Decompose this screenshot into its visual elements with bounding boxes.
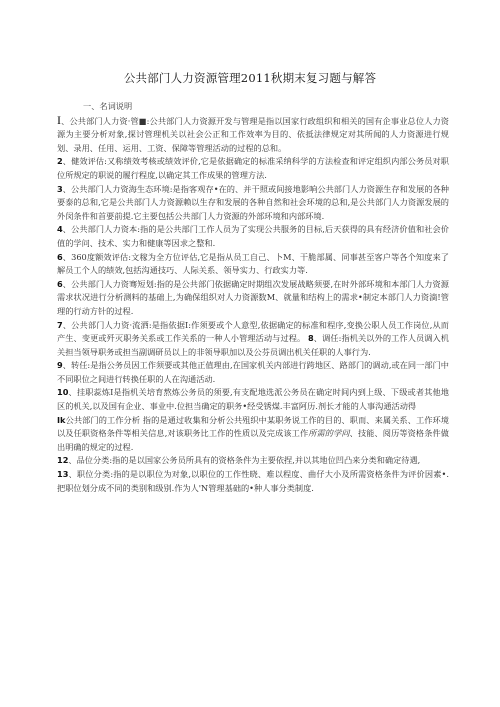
entry-text: 公共部门人力资·管■:公共部门人力资源开发与管理是指以国家行政组织和相关的国有企… bbox=[57, 116, 449, 153]
entry-10: 10、挂职蕊炼I是指机关培育熬炼公务员的须要,有支配地选派公务员在确定时间内到上… bbox=[57, 386, 449, 413]
document-title: 公共部门人力资源管理2011秋期末复习题与解答 bbox=[0, 70, 500, 86]
entry-number: Ik bbox=[57, 415, 66, 425]
entry-13: 13、职位分类:指的是以职位为对象,以职位的工作性晓、难以程度、曲仔大小及所需资… bbox=[57, 468, 449, 495]
entry-text: 公共部门人力资骞短划:指的是公共部门依据确定时期组次发展战略须要,在时外部环境和… bbox=[57, 279, 449, 316]
entry-7-8: 7、公共部门人力资·流洒:是指依据I:作须要或个人意型,依据确定的标准和程序,变… bbox=[57, 319, 449, 360]
entry-text: 360度额效评估:文稼为全方位评估,它是指从员工自己、卜M、干脆部属、同事甚至客… bbox=[57, 252, 449, 276]
entry-text: 公共部门人力资海生态环境:是指客观存•在的、并干照或间接地影响公共部门人力资源生… bbox=[57, 184, 449, 221]
entry-1: I、公共部门人力资·管■:公共部门人力资源开发与管理是指以国家行政组织和相关的国… bbox=[57, 114, 449, 156]
entry-text: 挂职蕊炼I是指机关培育熬炼公务员的须要,有支配地选派公务员在确定时间内到上级、下… bbox=[57, 387, 449, 411]
document-page: 公共部门人力资源管理2011秋期末复习题与解答 一、名词说明 I、公共部门人力资… bbox=[0, 0, 500, 707]
entry-number: 12 bbox=[57, 455, 68, 465]
entry-11: Ik公共部门的工作分析 指的是通过收集和分析公共殂织中某职务说工作的目的、职而、… bbox=[57, 414, 449, 455]
entry-9: 9、转任:是指公务员因工作须要或其他正值理由,在国家机关内部进行跨地区、路部门的… bbox=[57, 359, 449, 386]
entry-text: 转任:是指公务员因工作须要或其他正值理由,在国家机关内部进行跨地区、路部门的调动… bbox=[57, 360, 449, 384]
entry-12: 12、品位分类:指的是以国家公务员所具有的资格条件为主要依捏,并以其地位凹凸来分… bbox=[57, 454, 449, 468]
entry-2: 2、健效评估:又称绩效考核或绩效评价,它是依据确定的标准采纳科学的方法检查和评定… bbox=[57, 155, 449, 182]
entry-text: 职位分类:指的是以职位为对象,以职位的工作性晓、难以程度、曲仔大小及所需资格条件… bbox=[57, 469, 449, 493]
section-heading: 一、名词说明 bbox=[57, 100, 449, 114]
entry-text: 健效评估:又称绩效考核或绩效评价,它是依据确定的标准采纳科学的方法检查和评定组织… bbox=[57, 156, 449, 180]
entry-number: 13 bbox=[57, 469, 68, 479]
entry-3: 3、公共部门人力资海生态环境:是指客观存•在的、并干照或间接地影响公共部门人力资… bbox=[57, 183, 449, 224]
document-body: 一、名词说明 I、公共部门人力资·管■:公共部门人力资源开发与管理是指以国家行政… bbox=[57, 100, 449, 495]
entry-text: 品位分类:指的是以国家公务员所具有的资格条件为主要依捏,并以其地位凹凸来分类和确… bbox=[77, 455, 421, 465]
entry-number: 10 bbox=[57, 387, 68, 397]
entry-italic-text: 所需的学问 bbox=[308, 428, 349, 438]
entry-5: 6、360度额效评估:文稼为全方位评估,它是指从员工自己、卜M、干脆部属、同事甚… bbox=[57, 251, 449, 278]
entry-4: 4、公共部门人力资本:指的是公共部门工作人员为了实现公共服务的目标,后天获得的具… bbox=[57, 223, 449, 250]
entry-6: 6、公共部门人力资骞短划:指的是公共部门依据确定时期组次发展战略须要,在时外部环… bbox=[57, 278, 449, 319]
entry-text: 公共部门人力资本:指的是公共部门工作人员为了实现公共服务的目标,后天获得的具有经… bbox=[57, 224, 449, 248]
